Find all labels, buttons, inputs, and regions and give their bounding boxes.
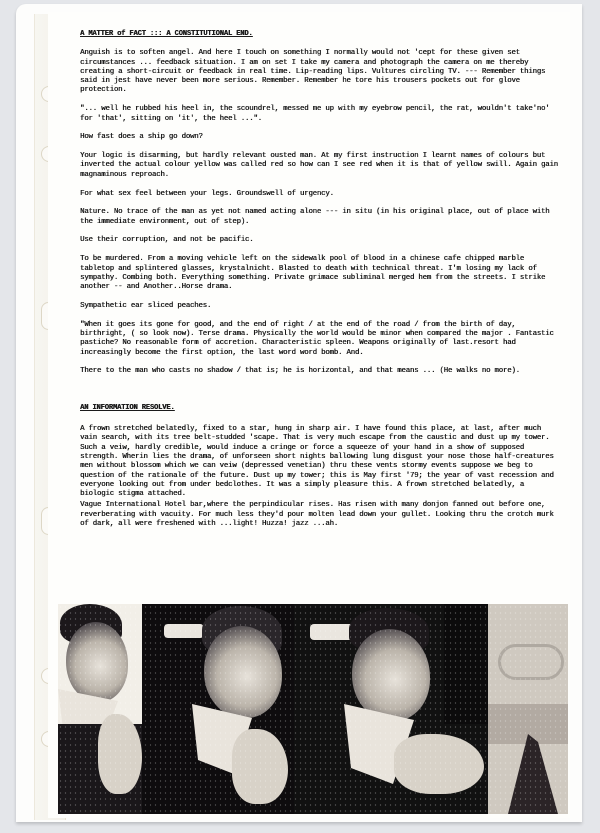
paragraph: To be murdered. From a moving vehicle le… — [80, 255, 560, 292]
paragraph: Anguish is to soften angel. And here I t… — [80, 49, 560, 95]
portrait-frame — [58, 604, 142, 814]
paragraph: "... well he rubbed his heel in, the sco… — [80, 105, 560, 124]
paragraph: Nature. No trace of the man as yet not n… — [80, 208, 560, 227]
paragraph: For what sex feel between your legs. Gro… — [80, 190, 560, 199]
paragraph: Use their corruption, and not be pacific… — [80, 236, 560, 245]
newspaper-fragment — [488, 604, 568, 814]
photo-collage — [58, 604, 568, 814]
portrait-frame — [294, 604, 488, 814]
portrait-frame — [142, 604, 294, 814]
paragraph: How fast does a ship go down? — [80, 133, 560, 142]
paragraph: A frown stretched belatedly, fixed to a … — [80, 425, 560, 499]
section-heading: AN INFORMATION RESOLVE. — [80, 404, 560, 413]
paragraph: "When it goes its gone for good, and the… — [80, 321, 560, 358]
paragraph: There to the man who casts no shadow / t… — [80, 367, 560, 376]
section-heading: A MATTER of FACT ::: A CONSTITUTIONAL EN… — [80, 30, 560, 39]
paragraph: Sympathetic ear sliced peaches. — [80, 302, 560, 311]
document-body: A MATTER of FACT ::: A CONSTITUTIONAL EN… — [80, 30, 560, 539]
paragraph: Your logic is disarming, but hardly rele… — [80, 152, 560, 180]
paragraph: Vague International Hotel bar,where the … — [80, 501, 560, 529]
